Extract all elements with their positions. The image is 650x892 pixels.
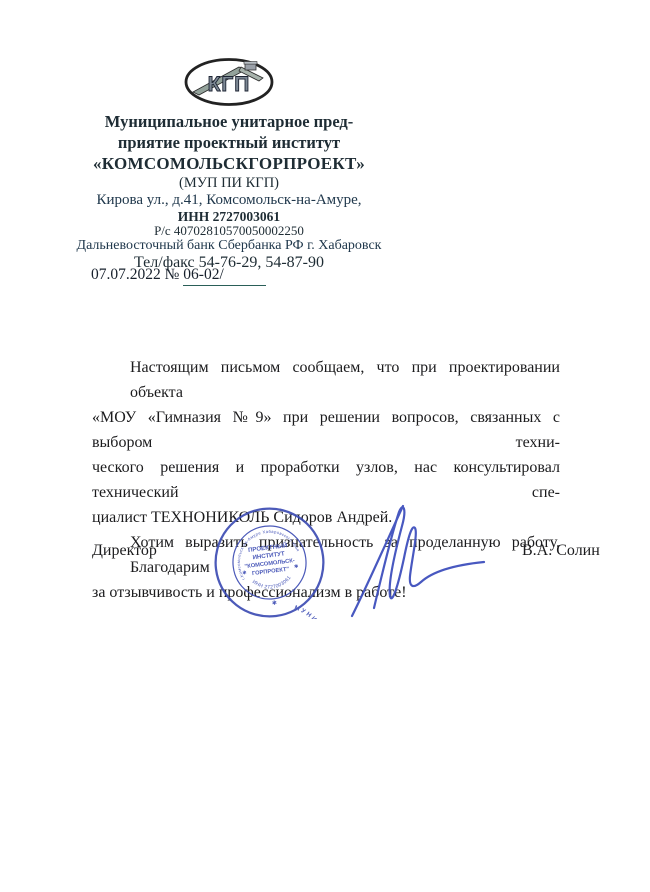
reference-number: 06-02/ — [183, 266, 265, 286]
svg-text:ИНН 2727003061: ИНН 2727003061 — [250, 574, 293, 593]
org-name-line3: «КОМСОМОЛЬСКГОРПРОЕКТ» — [57, 153, 401, 174]
org-name-line2: приятие проектный институт — [57, 133, 401, 154]
letter-document: КГП Муниципальное унитарное пред- прияти… — [0, 0, 650, 892]
org-inn: ИНН 2727003061 — [57, 209, 401, 224]
signature-image — [346, 500, 491, 625]
org-name-line1: Муниципальное унитарное пред- — [57, 112, 401, 133]
reference-line: 07.07.2022 № 06-02/ — [91, 266, 266, 286]
org-abbreviation: (МУП ПИ КГП) — [57, 174, 401, 192]
stamp-star-bottom-icon: ✱ — [272, 600, 278, 608]
org-bank: Дальневосточный банк Сбербанка РФ г. Хаб… — [57, 238, 401, 253]
company-logo-icon: КГП — [183, 57, 275, 107]
letterhead: КГП Муниципальное унитарное пред- прияти… — [57, 57, 401, 271]
signer-name: В.А. Солин — [522, 542, 600, 560]
stamp-star-right-icon: ✱ — [294, 564, 299, 570]
body-line: «МОУ «Гимназия №9» при решении вопросов,… — [92, 405, 560, 455]
reference-date: 07.07.2022 № — [91, 266, 179, 283]
org-account: Р/с 40702810570050002250 — [57, 224, 401, 238]
body-line: Настоящим письмом сообщаем, что при прое… — [92, 355, 560, 405]
body-line: ческого решения и проработки узлов, нас … — [92, 455, 560, 505]
stamp-inner-bottom-text: ИНН 2727003061 — [250, 574, 293, 593]
logo-text: КГП — [208, 73, 251, 96]
stamp-star-left-icon: ✱ — [242, 570, 247, 576]
org-address: Кирова ул., д.41, Комсомольск-на-Амуре, — [57, 192, 401, 209]
signer-role: Директор — [92, 542, 157, 560]
company-stamp: МУНИЦИПАЛЬНОЕ УНИТАРНОЕ ПРЕДПРИЯТИЕ г.Ко… — [213, 506, 326, 619]
